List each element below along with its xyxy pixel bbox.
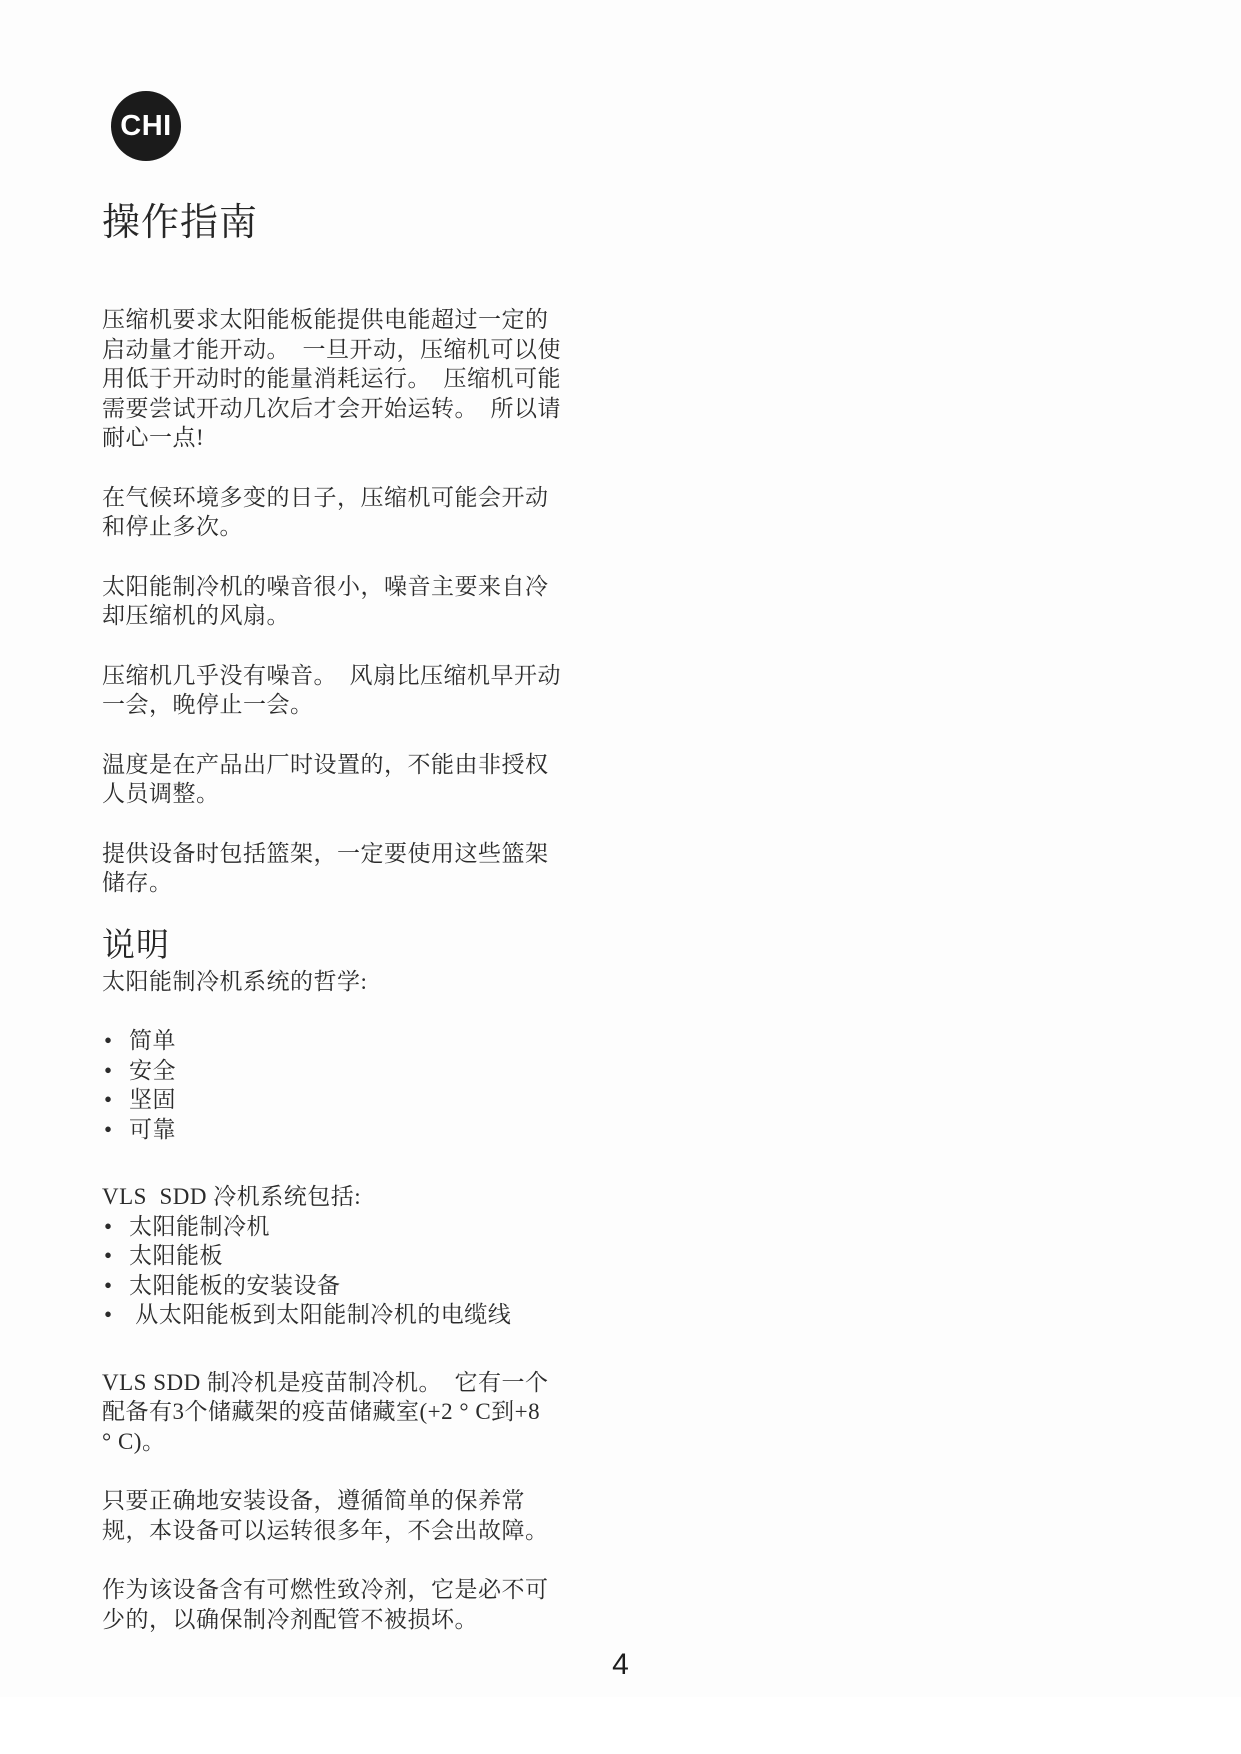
text-line: 太阳能制冷机系统的哲学: bbox=[102, 967, 862, 997]
text-line: 少的，以确保制冷剂配管不被损坏。 bbox=[102, 1605, 862, 1635]
paragraph: 太阳能制冷机系统的哲学: bbox=[102, 967, 862, 997]
bullet-text: 太阳能板 bbox=[129, 1241, 223, 1271]
text-line: 温度是在产品出厂时设置的，不能由非授权 bbox=[102, 750, 862, 780]
paragraph: 在气候环境多变的日子，压缩机可能会开动和停止多次。 bbox=[102, 483, 862, 542]
text-line: ° C)。 bbox=[102, 1427, 862, 1457]
bullet-text: 太阳能制冷机 bbox=[129, 1212, 270, 1242]
bullet-icon: • bbox=[102, 1271, 129, 1301]
bullet-icon: • bbox=[102, 1085, 129, 1115]
text-blocks: 压缩机要求太阳能板能提供电能超过一定的启动量才能开动。 一旦开动，压缩机可以使用… bbox=[102, 305, 862, 1634]
bullet-text: 从太阳能板到太阳能制冷机的电缆线 bbox=[129, 1300, 511, 1330]
text-line: VLS SDD 冷机系统包括: bbox=[102, 1182, 862, 1212]
text-line: 用低于开动时的能量消耗运行。 压缩机可能 bbox=[102, 364, 862, 394]
paragraph: 只要正确地安装设备，遵循简单的保养常规，本设备可以运转很多年，不会出故障。 bbox=[102, 1486, 862, 1545]
bullet-icon: • bbox=[102, 1212, 129, 1242]
text-line: 人员调整。 bbox=[102, 779, 862, 809]
text-line: 和停止多次。 bbox=[102, 512, 862, 542]
bullet-text: 简单 bbox=[129, 1026, 176, 1056]
bullet-icon: • bbox=[102, 1056, 129, 1086]
text-line: 在气候环境多变的日子，压缩机可能会开动 bbox=[102, 483, 862, 513]
bullet-text: 坚固 bbox=[129, 1085, 176, 1115]
document-page: CHI 操作指南 压缩机要求太阳能板能提供电能超过一定的启动量才能开动。 一旦开… bbox=[0, 0, 1241, 1754]
list-item: •可靠 bbox=[102, 1115, 862, 1145]
paragraph: VLS SDD 冷机系统包括: bbox=[102, 1182, 862, 1212]
bullet-icon: • bbox=[102, 1300, 129, 1330]
list-item: •坚固 bbox=[102, 1085, 862, 1115]
text-line: 压缩机几乎没有噪音。 风扇比压缩机早开动 bbox=[102, 661, 862, 691]
text-line: 却压缩机的风扇。 bbox=[102, 601, 862, 631]
text-line: 太阳能制冷机的噪音很小，噪音主要来自冷 bbox=[102, 572, 862, 602]
list-item: •太阳能板的安装设备 bbox=[102, 1271, 862, 1301]
bullet-list: •太阳能制冷机•太阳能板•太阳能板的安装设备• 从太阳能板到太阳能制冷机的电缆线 bbox=[102, 1212, 862, 1330]
text-line: 只要正确地安装设备，遵循简单的保养常 bbox=[102, 1486, 862, 1516]
list-item: •太阳能制冷机 bbox=[102, 1212, 862, 1242]
list-item: •太阳能板 bbox=[102, 1241, 862, 1271]
paragraph: 提供设备时包括篮架，一定要使用这些篮架储存。 bbox=[102, 839, 862, 898]
list-item: •简单 bbox=[102, 1026, 862, 1056]
text-line: 压缩机要求太阳能板能提供电能超过一定的 bbox=[102, 305, 862, 335]
paragraph: 温度是在产品出厂时设置的，不能由非授权人员调整。 bbox=[102, 750, 862, 809]
content-column: 操作指南 压缩机要求太阳能板能提供电能超过一定的启动量才能开动。 一旦开动，压缩… bbox=[102, 0, 862, 1664]
text-line: 一会，晚停止一会。 bbox=[102, 690, 862, 720]
text-line: 启动量才能开动。 一旦开动，压缩机可以使 bbox=[102, 335, 862, 365]
list-item: • 从太阳能板到太阳能制冷机的电缆线 bbox=[102, 1300, 862, 1330]
bullet-icon: • bbox=[102, 1241, 129, 1271]
page-number: 4 bbox=[0, 1648, 1241, 1682]
page-title: 操作指南 bbox=[102, 201, 862, 245]
text-line: 需要尝试开动几次后才会开始运转。 所以请 bbox=[102, 394, 862, 424]
paragraph: 作为该设备含有可燃性致冷剂，它是必不可少的，以确保制冷剂配管不被损坏。 bbox=[102, 1575, 862, 1634]
text-line: 提供设备时包括篮架，一定要使用这些篮架 bbox=[102, 839, 862, 869]
section-heading: 说明 bbox=[102, 928, 862, 964]
paragraph: 压缩机要求太阳能板能提供电能超过一定的启动量才能开动。 一旦开动，压缩机可以使用… bbox=[102, 305, 862, 453]
paragraph: VLS SDD 制冷机是疫苗制冷机。 它有一个配备有3个储藏架的疫苗储藏室(+2… bbox=[102, 1368, 862, 1457]
bullet-icon: • bbox=[102, 1115, 129, 1145]
text-line: 耐心一点! bbox=[102, 423, 862, 453]
text-line: 储存。 bbox=[102, 868, 862, 898]
paragraph: 太阳能制冷机的噪音很小，噪音主要来自冷却压缩机的风扇。 bbox=[102, 572, 862, 631]
bullet-text: 可靠 bbox=[129, 1115, 176, 1145]
text-line: 配备有3个储藏架的疫苗储藏室(+2 ° C到+8 bbox=[102, 1397, 862, 1427]
bullet-text: 太阳能板的安装设备 bbox=[129, 1271, 341, 1301]
scan-bottom-edge bbox=[0, 1697, 1241, 1754]
text-line: 作为该设备含有可燃性致冷剂，它是必不可 bbox=[102, 1575, 862, 1605]
bullet-text: 安全 bbox=[129, 1056, 176, 1086]
text-line: 规，本设备可以运转很多年，不会出故障。 bbox=[102, 1516, 862, 1546]
list-item: •安全 bbox=[102, 1056, 862, 1086]
text-line: VLS SDD 制冷机是疫苗制冷机。 它有一个 bbox=[102, 1368, 862, 1398]
paragraph: 压缩机几乎没有噪音。 风扇比压缩机早开动一会，晚停止一会。 bbox=[102, 661, 862, 720]
bullet-icon: • bbox=[102, 1026, 129, 1056]
bullet-list: •简单•安全•坚固•可靠 bbox=[102, 1026, 862, 1144]
